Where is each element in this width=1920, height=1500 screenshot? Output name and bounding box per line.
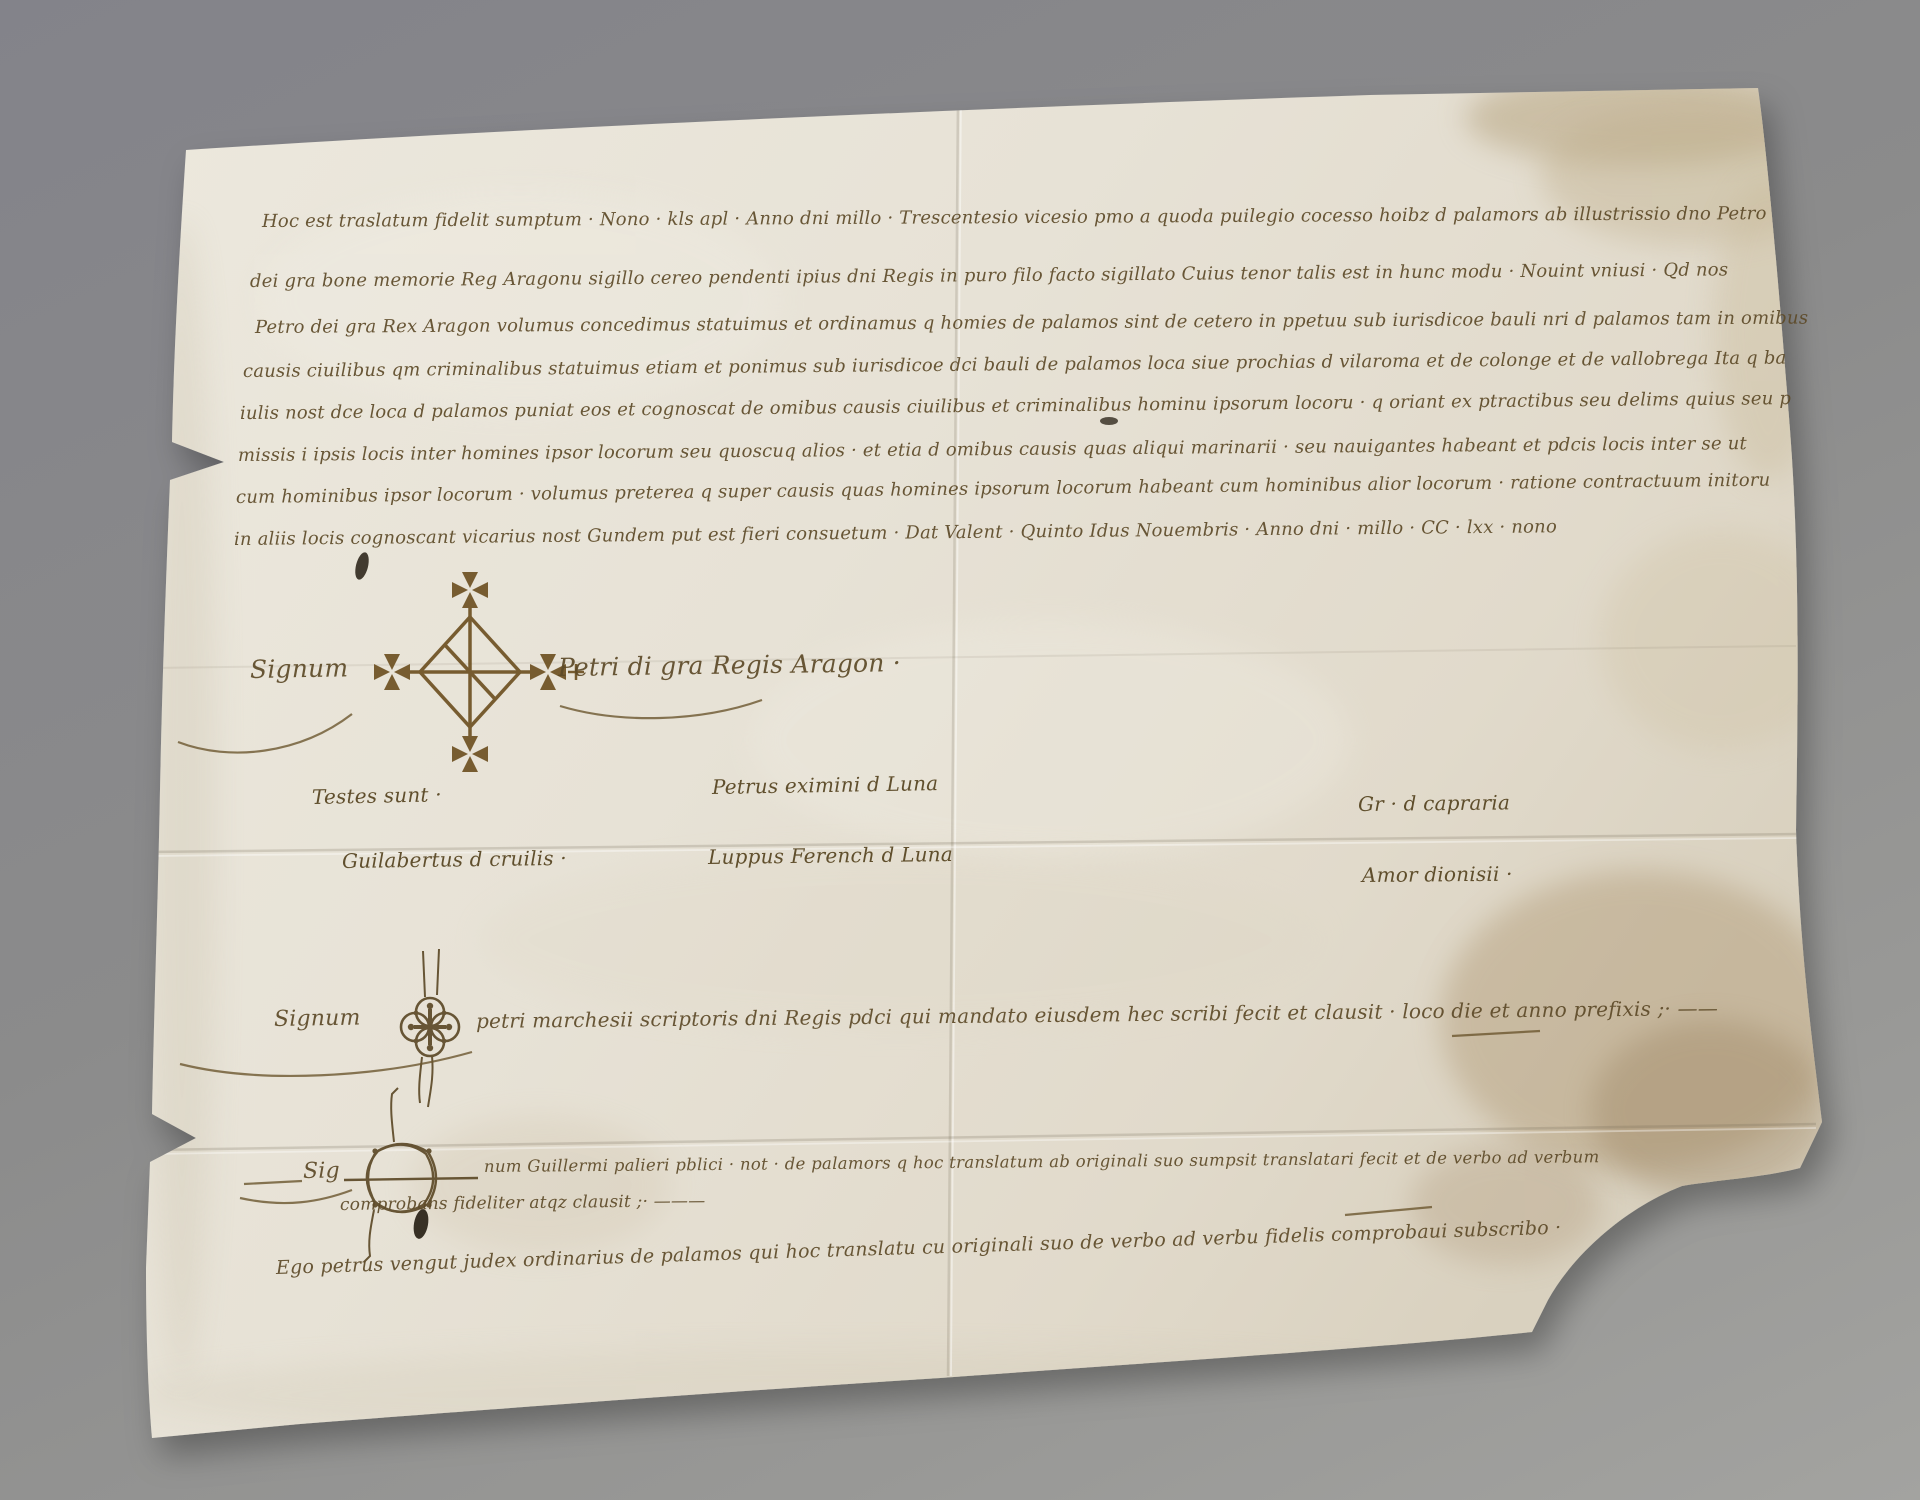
- royal-signum-word: Signum: [250, 654, 349, 683]
- photo-stage: Hoc est traslatum fidelit sumptum · Nono…: [0, 0, 1920, 1500]
- royal-signum-holder: Petri di gra Regis Aragon ·: [558, 649, 901, 681]
- witness-name: Guilabertus d cruilis ·: [342, 847, 567, 872]
- notary-clause-line2: comprobans fideliter atqz clausit ;· ———: [340, 1192, 706, 1215]
- witness-name: Luppus Ferench d Luna: [708, 843, 953, 868]
- notary-signum-prefix: Sig: [303, 1159, 340, 1184]
- witness-name: Amor dionisii ·: [1362, 863, 1513, 886]
- scribe-signum-word: Signum: [274, 1006, 361, 1032]
- witness-name: Gr · d capraria: [1358, 791, 1510, 815]
- witness-name: Petrus eximini d Luna: [712, 772, 939, 798]
- witness-header: Testes sunt ·: [312, 783, 442, 808]
